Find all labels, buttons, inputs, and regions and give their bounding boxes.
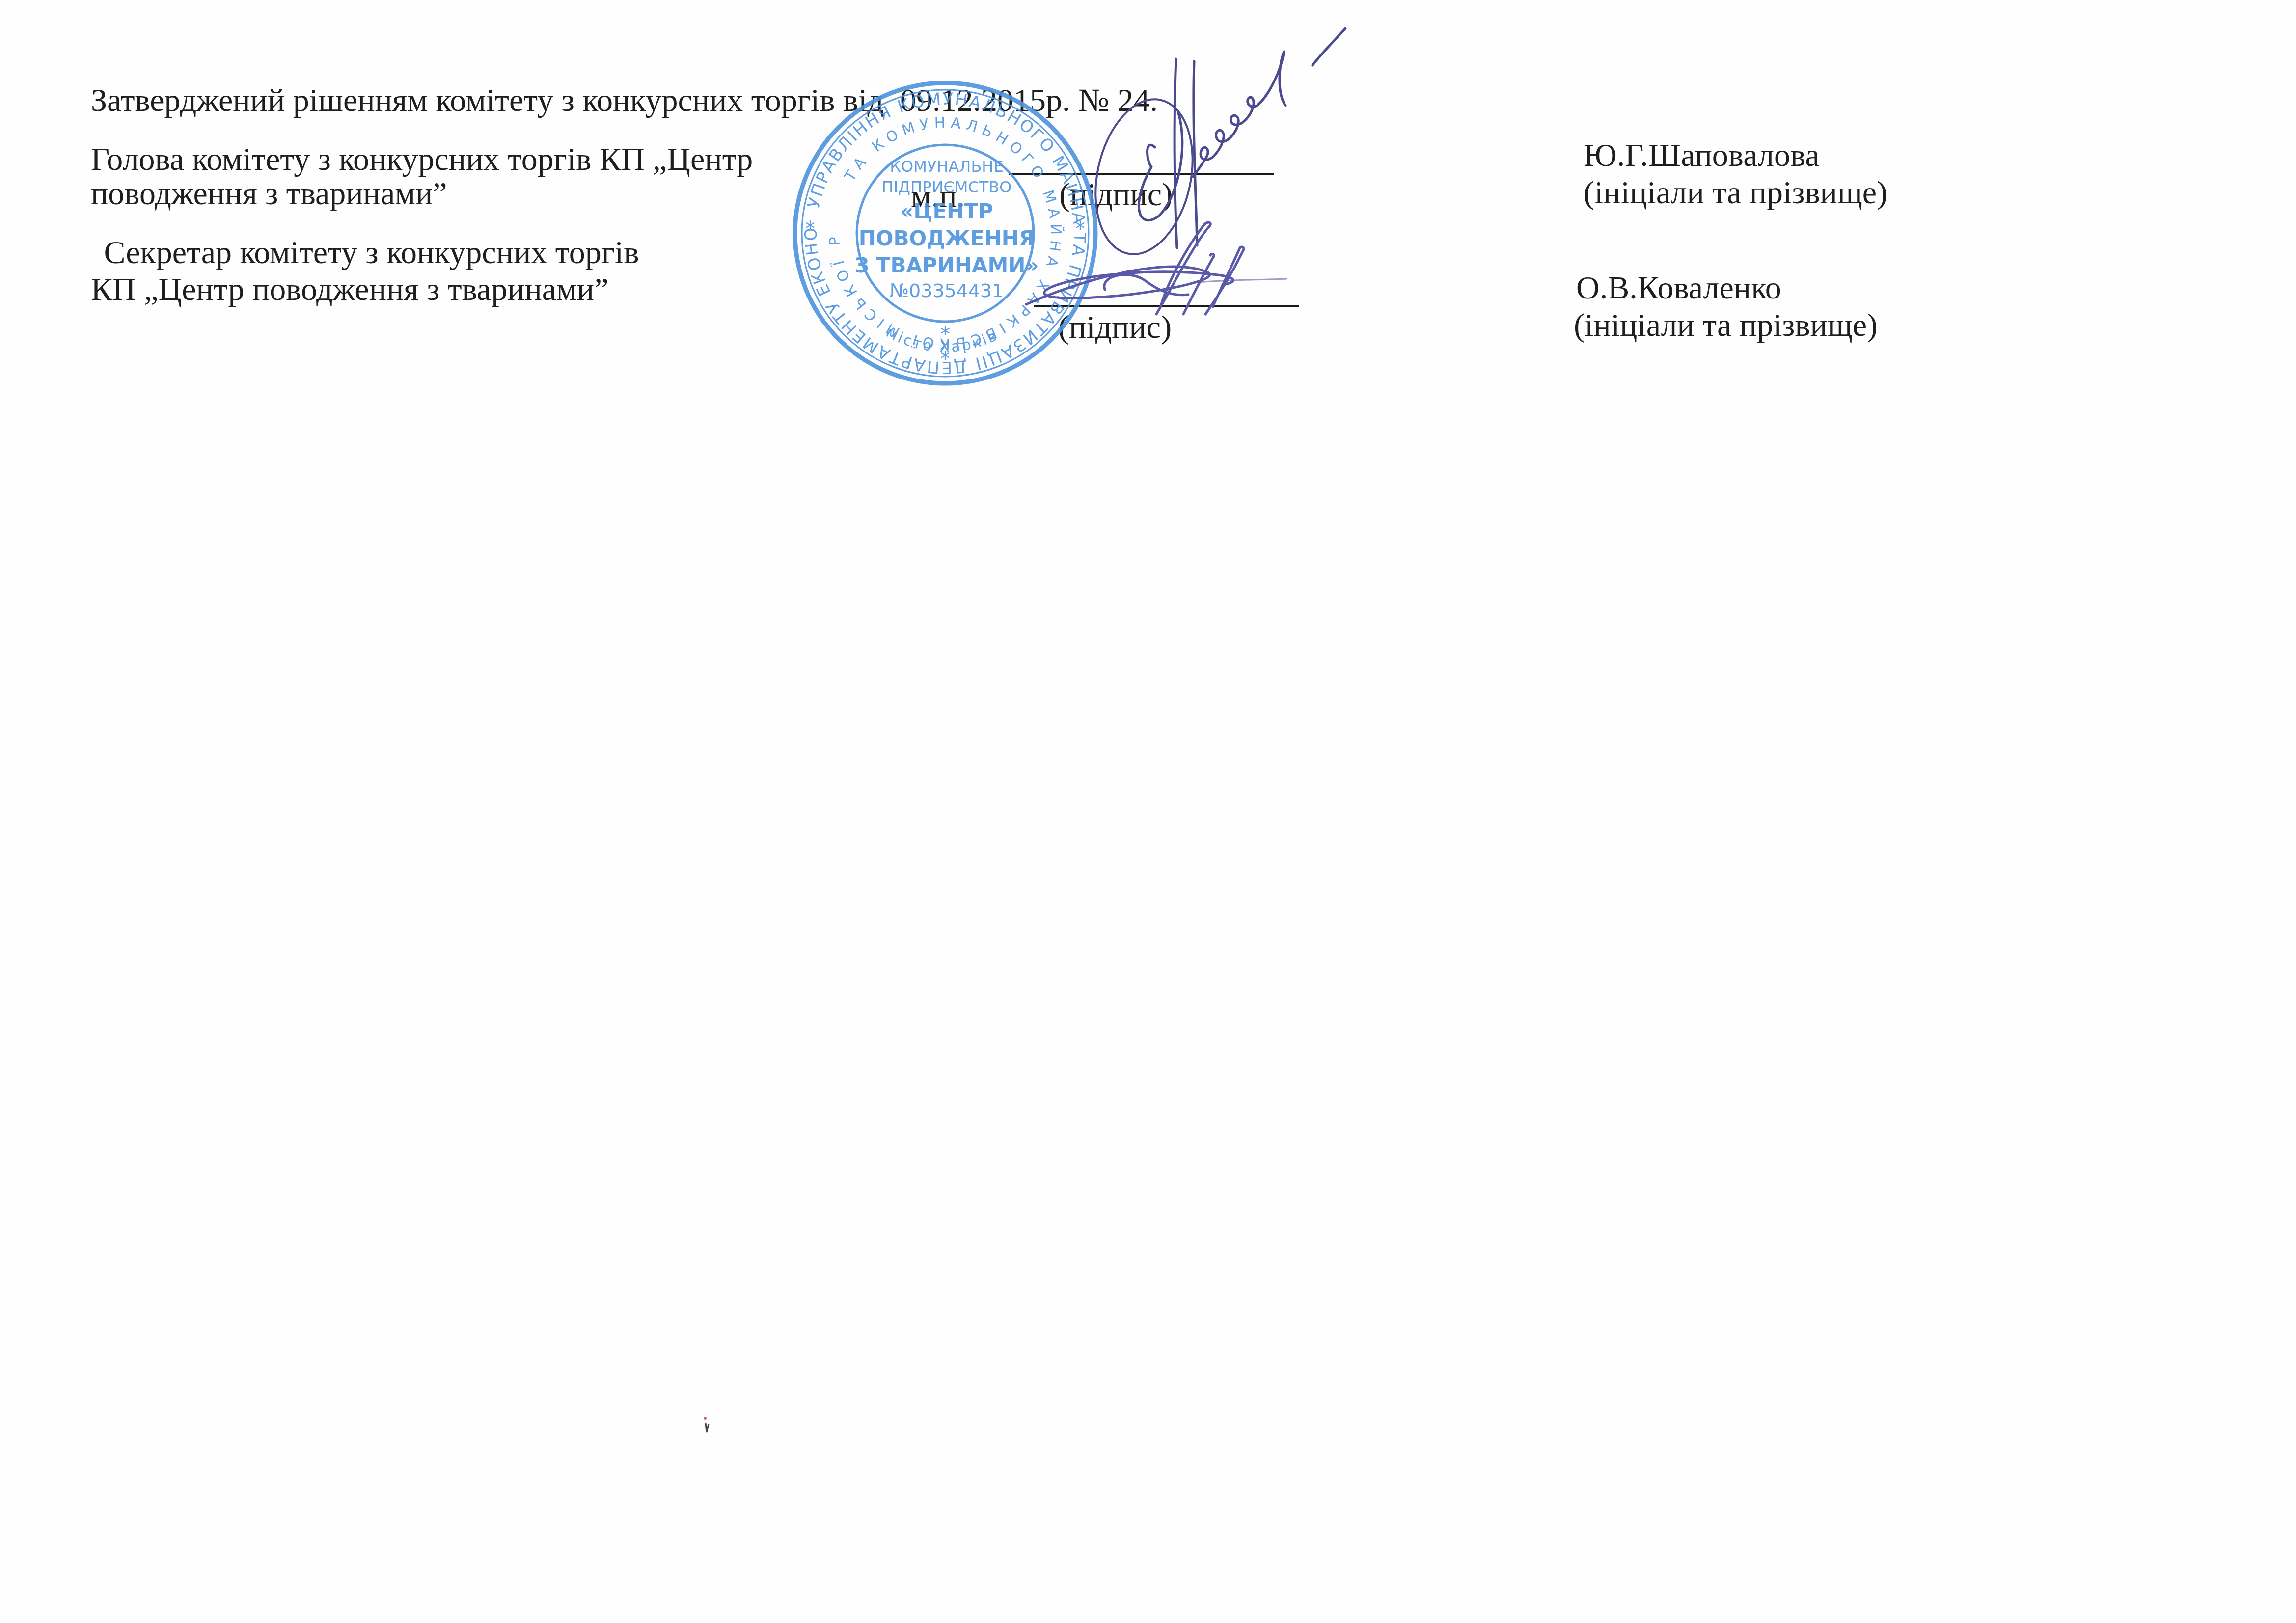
stamp-center-line: З ТВАРИНАМИ» xyxy=(854,253,1039,277)
chair-signature xyxy=(1082,28,1345,263)
chair-title-line2: поводження з тваринами” xyxy=(91,177,447,211)
chair-name-caption: (ініціали та прізвище) xyxy=(1584,176,1887,210)
secretary-name-caption: (ініціали та прізвище) xyxy=(1574,308,1878,343)
stamp-center-line: ПОВОДЖЕННЯ xyxy=(859,226,1035,250)
approval-line: Затверджений рішенням комітету з конкурс… xyxy=(91,83,1158,118)
chair-signature-line xyxy=(1009,173,1274,175)
stamp-bottom-text: місто Харків xyxy=(883,324,1001,355)
secretary-signature xyxy=(1026,222,1286,314)
secretary-title-line1: Секретар комітету з конкурсних торгів xyxy=(96,236,639,270)
chair-name: Ю.Г.Шаповалова xyxy=(1584,138,1820,173)
secretary-name: О.В.Коваленко xyxy=(1576,271,1781,305)
scan-speck xyxy=(703,1416,710,1434)
secretary-signature-line xyxy=(1034,305,1299,307)
stamp-center-line: КОМУНАЛЬНЕ xyxy=(890,157,1003,176)
stamp-center-line: №03354431 xyxy=(890,280,1004,301)
secretary-signature-caption: (підпис) xyxy=(1058,310,1172,345)
secretary-title-line2: КП „Центр поводження з тваринами” xyxy=(91,272,608,307)
scanned-document-page: Затверджений рішенням комітету з конкурс… xyxy=(0,0,2296,1623)
star-icon: * xyxy=(940,324,950,346)
chair-signature-caption: (підпис) xyxy=(1059,178,1173,212)
star-icon: * xyxy=(940,348,950,371)
star-icon: * xyxy=(1075,218,1085,241)
seal-mark: м.п. xyxy=(911,179,965,214)
chair-title-line1: Голова комітету з конкурсних торгів КП „… xyxy=(91,142,753,177)
star-icon: * xyxy=(805,218,815,241)
